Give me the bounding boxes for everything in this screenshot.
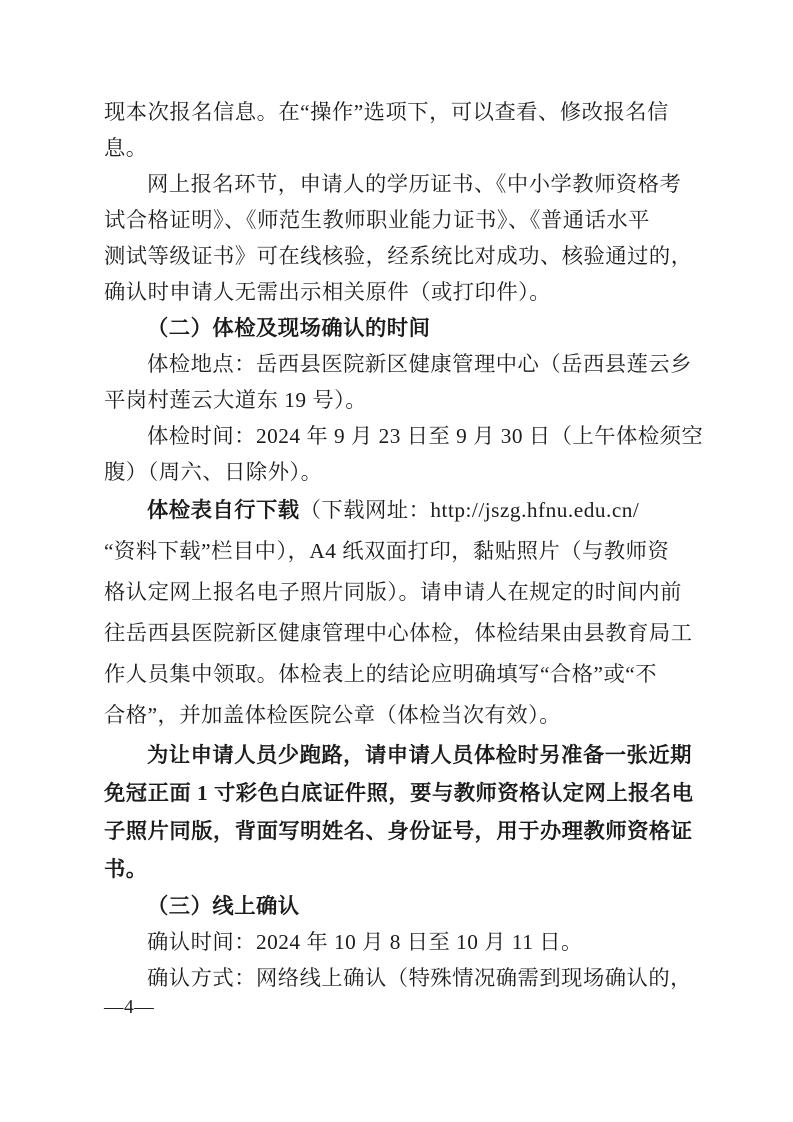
para-photo-requirement: 为让申请人员少跑路，请申请人员体检时另准备一张近期 免冠正面 1 寸彩色白底证件…: [104, 736, 686, 888]
section-heading-3: （三）线上确认: [104, 888, 686, 924]
para-exam-location: 体检地点：岳西县医院新区健康管理中心（岳西县莲云乡 平岗村莲云大道东 19 号）…: [104, 346, 686, 418]
text-line: 子照片同版，背面写明姓名、身份证号，用于办理教师资格证: [104, 812, 686, 850]
page-number: —4—: [104, 997, 154, 1019]
para-exam-form-download: 体检表自行下载（下载网址：http://jszg.hfnu.edu.cn/ “资…: [104, 490, 686, 736]
para-confirm-method: 确认方式：网络线上确认（特殊情况确需到现场确认的，: [104, 960, 686, 996]
text-line: 体检时间：2024 年 9 月 23 日至 9 月 30 日（上午体检须空: [104, 418, 686, 454]
text-line: 免冠正面 1 寸彩色白底证件照，要与教师资格认定网上报名电: [104, 774, 686, 812]
para-online-verification: 网上报名环节，申请人的学历证书、《中小学教师资格考 试合格证明》、《师范生教师职…: [104, 166, 686, 310]
text-line: 确认时申请人无需出示相关原件（或打印件）。: [104, 274, 686, 310]
text-line: 测试等级证书》可在线核验，经系统比对成功、核验通过的，: [104, 238, 686, 274]
para-registration-info: 现本次报名信息。在“操作”选项下，可以查看、修改报名信 息。: [104, 94, 686, 166]
text-line: 体检表自行下载（下载网址：http://jszg.hfnu.edu.cn/: [104, 490, 686, 531]
text-line: 书。: [104, 850, 686, 888]
document-page: 现本次报名信息。在“操作”选项下，可以查看、修改报名信 息。 网上报名环节，申请…: [0, 0, 793, 1122]
section-heading-2: （二）体检及现场确认的时间: [104, 310, 686, 346]
text-line: 往岳西县医院新区健康管理中心体检，体检结果由县教育局工: [104, 613, 686, 654]
download-lead-bold: 体检表自行下载: [147, 498, 300, 522]
text-line: 为让申请人员少跑路，请申请人员体检时另准备一张近期: [104, 736, 686, 774]
text-line: 息。: [104, 130, 686, 166]
text-line: 合格”，并加盖体检医院公章（体检当次有效）。: [104, 695, 686, 736]
text-line: “资料下载”栏目中），A4 纸双面打印，黏贴照片（与教师资: [104, 531, 686, 572]
para-exam-time: 体检时间：2024 年 9 月 23 日至 9 月 30 日（上午体检须空 腹）…: [104, 418, 686, 490]
text-line: 现本次报名信息。在“操作”选项下，可以查看、修改报名信: [104, 94, 686, 130]
text-line: 体检地点：岳西县医院新区健康管理中心（岳西县莲云乡: [104, 346, 686, 382]
text-line: 腹）（周六、日除外）。: [104, 454, 686, 490]
text-line: 平岗村莲云大道东 19 号）。: [104, 382, 686, 418]
text-line: 网上报名环节，申请人的学历证书、《中小学教师资格考: [104, 166, 686, 202]
para-confirm-time: 确认时间：2024 年 10 月 8 日至 10 月 11 日。: [104, 924, 686, 960]
document-body: 现本次报名信息。在“操作”选项下，可以查看、修改报名信 息。 网上报名环节，申请…: [104, 94, 686, 996]
text-line: 作人员集中领取。体检表上的结论应明确填写“合格”或“不: [104, 654, 686, 695]
text-line: 格认定网上报名电子照片同版）。请申请人在规定的时间内前: [104, 572, 686, 613]
text-line: 试合格证明》、《师范生教师职业能力证书》、《普通话水平: [104, 202, 686, 238]
download-url-text: （下载网址：http://jszg.hfnu.edu.cn/: [300, 498, 640, 522]
